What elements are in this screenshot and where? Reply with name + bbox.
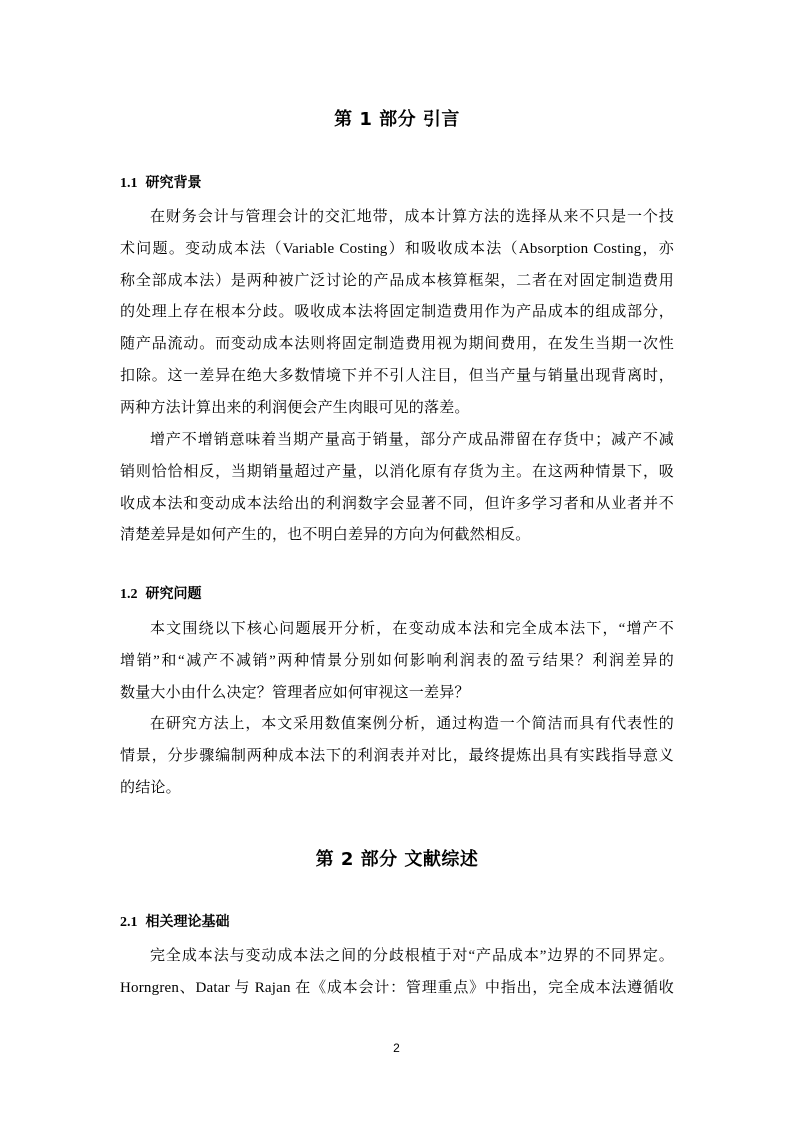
paragraph: 增产不增销意味着当期产量高于销量，部分产成品滞留在存货中；减产不减 销则恰恰相反…	[120, 425, 674, 552]
section-number: 1.2	[120, 587, 138, 602]
text-line: 清楚差异是如何产生的，也不明白差异的方向为何截然相反。	[120, 520, 674, 552]
text-line: 扣除。这一差异在绝大多数情境下并不引人注目，但当产量与销量出现背离时，	[120, 361, 674, 393]
section-title-text: 研究背景	[146, 175, 202, 191]
text-line: Horngren、Datar 与 Rajan 在《成本会计：管理重点》中指出，完…	[120, 973, 674, 1005]
section-title-text: 相关理论基础	[146, 914, 230, 930]
page-number: 2	[0, 1041, 793, 1055]
paragraph: 在财务会计与管理会计的交汇地带，成本计算方法的选择从来不只是一个技 术问题。变动…	[120, 202, 674, 425]
text-line: 情景，分步骤编制两种成本法下的利润表并对比，最终提炼出具有实践指导意义	[120, 741, 674, 773]
text-line: 增产不增销意味着当期产量高于销量，部分产成品滞留在存货中；减产不减	[120, 425, 674, 457]
part-2-title: 第 2 部分 文献综述	[120, 845, 674, 871]
text-line: 收成本法和变动成本法给出的利润数字会显著不同，但许多学习者和从业者并不	[120, 489, 674, 521]
text-line: 在财务会计与管理会计的交汇地带，成本计算方法的选择从来不只是一个技	[120, 202, 674, 234]
text-line: 的处理上存在根本分歧。吸收成本法将固定制造费用作为产品成本的组成部分，	[120, 297, 674, 329]
section-number: 1.1	[120, 176, 138, 191]
text-line: 完全成本法与变动成本法之间的分歧根植于对“产品成本”边界的不同界定。	[120, 941, 674, 973]
text-line: 销则恰恰相反，当期销量超过产量，以消化原有存货为主。在这两种情景下，吸	[120, 457, 674, 489]
text-line: 术问题。变动成本法（Variable Costing）和吸收成本法（Absorp…	[120, 234, 674, 266]
part-1-title: 第 1 部分 引言	[120, 105, 674, 131]
paragraph: 在研究方法上，本文采用数值案例分析，通过构造一个简洁而具有代表性的 情景，分步骤…	[120, 709, 674, 804]
section-1-1-heading: 1.1研究背景	[120, 172, 202, 192]
section-1-2-heading: 1.2研究问题	[120, 583, 202, 603]
text-line: 增销”和“减产不减销”两种情景分别如何影响利润表的盈亏结果？利润差异的	[120, 646, 674, 678]
document-page: 第 1 部分 引言 1.1研究背景 在财务会计与管理会计的交汇地带，成本计算方法…	[0, 0, 793, 1122]
text-line: 数量大小由什么决定？管理者应如何审视这一差异？	[120, 678, 674, 710]
text-line: 称全部成本法）是两种被广泛讨论的产品成本核算框架，二者在对固定制造费用	[120, 266, 674, 298]
paragraph: 本文围绕以下核心问题展开分析，在变动成本法和完全成本法下，“增产不 增销”和“减…	[120, 614, 674, 709]
section-2-1-heading: 2.1相关理论基础	[120, 911, 230, 931]
text-line: 两种方法计算出来的利润便会产生肉眼可见的落差。	[120, 393, 674, 425]
text-line: 的结论。	[120, 773, 674, 805]
section-title-text: 研究问题	[146, 586, 202, 602]
paragraph: 完全成本法与变动成本法之间的分歧根植于对“产品成本”边界的不同界定。 Horng…	[120, 941, 674, 1005]
text-line: 随产品流动。而变动成本法则将固定制造费用视为期间费用，在发生当期一次性	[120, 329, 674, 361]
section-number: 2.1	[120, 915, 138, 930]
text-line: 在研究方法上，本文采用数值案例分析，通过构造一个简洁而具有代表性的	[120, 709, 674, 741]
text-line: 本文围绕以下核心问题展开分析，在变动成本法和完全成本法下，“增产不	[120, 614, 674, 646]
